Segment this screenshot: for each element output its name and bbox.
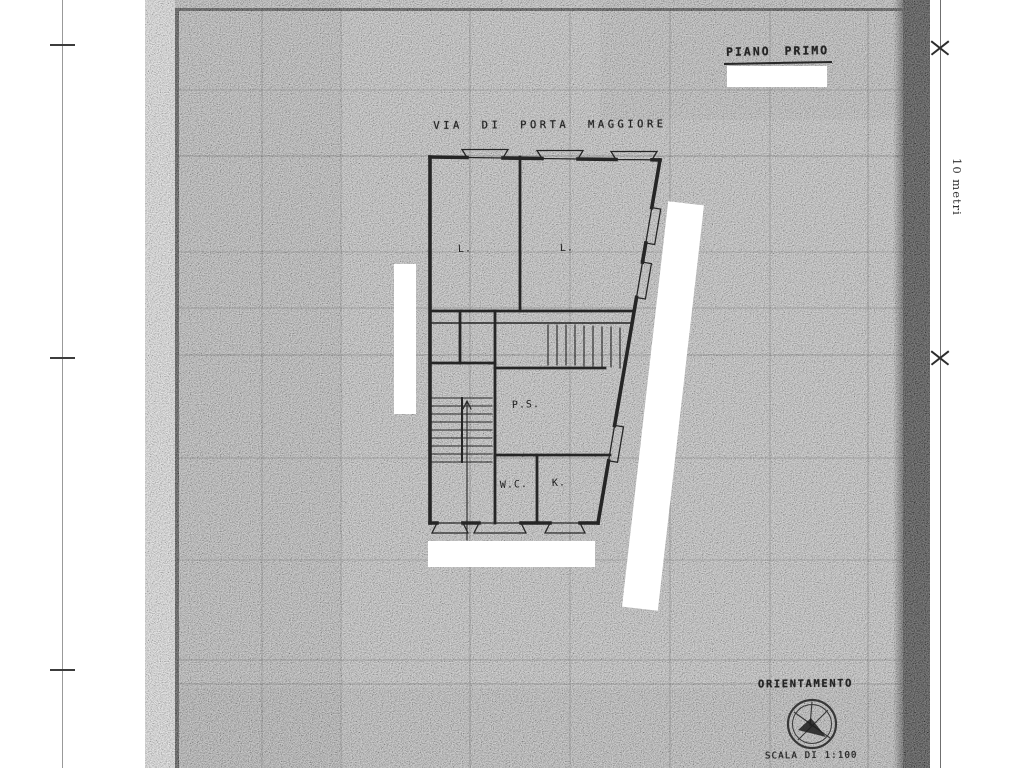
room-label-kitchen: K. [552,478,566,489]
whiteout-box-under-title [727,66,827,87]
orientation-label: ORIENTAMENTO [758,678,853,691]
scale-text: SCALA DI 1:100 [765,751,858,762]
compass-north-icon [784,696,840,752]
scanned-floor-plan-page: 10 metri [0,0,1024,768]
scale-bar-line [940,0,941,768]
scale-bar-label: 10 metri [950,158,964,216]
room-label-bedroom-left: L. [458,244,472,255]
left-tick-mark [50,669,75,671]
floor-plan-drawing: L. L. P.S. W.C. K. [370,115,700,595]
scan-area: L. L. P.S. W.C. K. VIA DI PORTA MAGGIORE… [145,0,930,768]
left-fold-line [62,0,63,768]
room-label-bedroom-right: L. [560,243,574,254]
street-label: VIA DI PORTA MAGGIORE [430,118,670,132]
plan-title: PIANO PRIMO [726,43,829,59]
scale-bar-cross-tick [929,37,951,59]
scale-bar-cross-tick [929,347,951,369]
left-tick-mark [50,44,75,46]
left-tick-mark [50,357,75,359]
room-label-wc: W.C. [500,479,528,491]
room-label-living: P.S. [512,399,540,411]
